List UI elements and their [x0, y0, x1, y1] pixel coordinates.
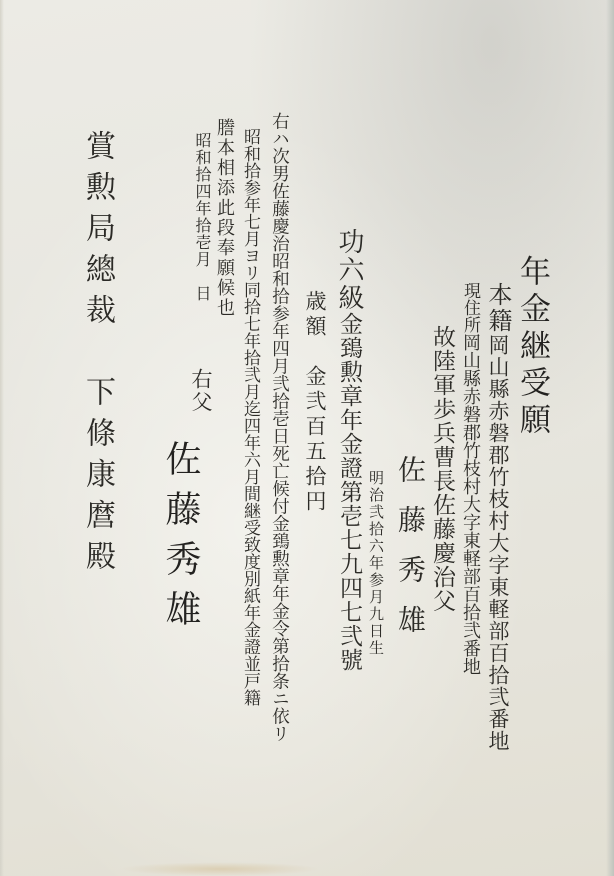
birth-date: 明治弐拾六年参月九日生 [368, 470, 383, 657]
paper-edge-left [0, 0, 4, 876]
honseki-label: 本籍 [484, 282, 512, 334]
annual-label: 歳額 [303, 290, 327, 340]
statement-line-3: 謄本相添此段奉願候也 [215, 118, 233, 318]
addressee-office: 賞勲局總裁 [80, 130, 115, 335]
statement-line-1: 右ハ次男佐藤慶治昭和拾参年四月弐拾壱日死亡候付金鵄勲章年金令第拾条ニ依リ [270, 112, 288, 742]
genjusho-label: 現住所 [460, 282, 480, 333]
genjusho-value: 岡山縣赤磐郡竹枝村大字東軽部百拾弐番地 [460, 333, 481, 675]
addressee-person: 下條康麿殿 [80, 376, 115, 581]
annual-line: 歳額 金弐百五拾円 [304, 290, 325, 515]
award-line: 功六級金鵄勲章年金證第壱七九四七弐號 [336, 228, 362, 672]
honseki-line: 本籍岡山縣赤磐郡竹枝村大字東軽部百拾弐番地 [486, 282, 510, 752]
genjusho-line: 現住所岡山縣赤磐郡竹枝村大字東軽部百拾弐番地 [460, 282, 479, 675]
award-decoration: 金鵄勲章年金證第壱七九四七弐號 [336, 312, 362, 672]
statement-date: 昭和拾四年拾壱月 日 [194, 132, 210, 302]
applicant-name: 佐藤秀雄 [396, 455, 424, 655]
honseki-value: 岡山縣赤磐郡竹枝村大字東軽部百拾弐番地 [486, 334, 510, 752]
paper-stain [120, 862, 320, 876]
signature-relation: 右父 [190, 368, 211, 414]
deceased-line: 故陸軍歩兵曹長佐藤慶治父 [430, 325, 453, 613]
addressee: 賞勲局總裁 下條康麿殿 [82, 130, 112, 581]
document-title: 年金継受願 [516, 255, 547, 440]
annual-amount: 金弐百五拾円 [303, 365, 327, 515]
paper-edge-right [606, 0, 614, 876]
signature-name: 佐藤秀雄 [162, 440, 198, 640]
award-class: 功六級 [334, 228, 364, 312]
statement-line-2: 昭和拾参年七月ヨリ同拾七年拾弐月迄四年六月間継受致度別紙年金證並戸籍 [241, 128, 258, 706]
